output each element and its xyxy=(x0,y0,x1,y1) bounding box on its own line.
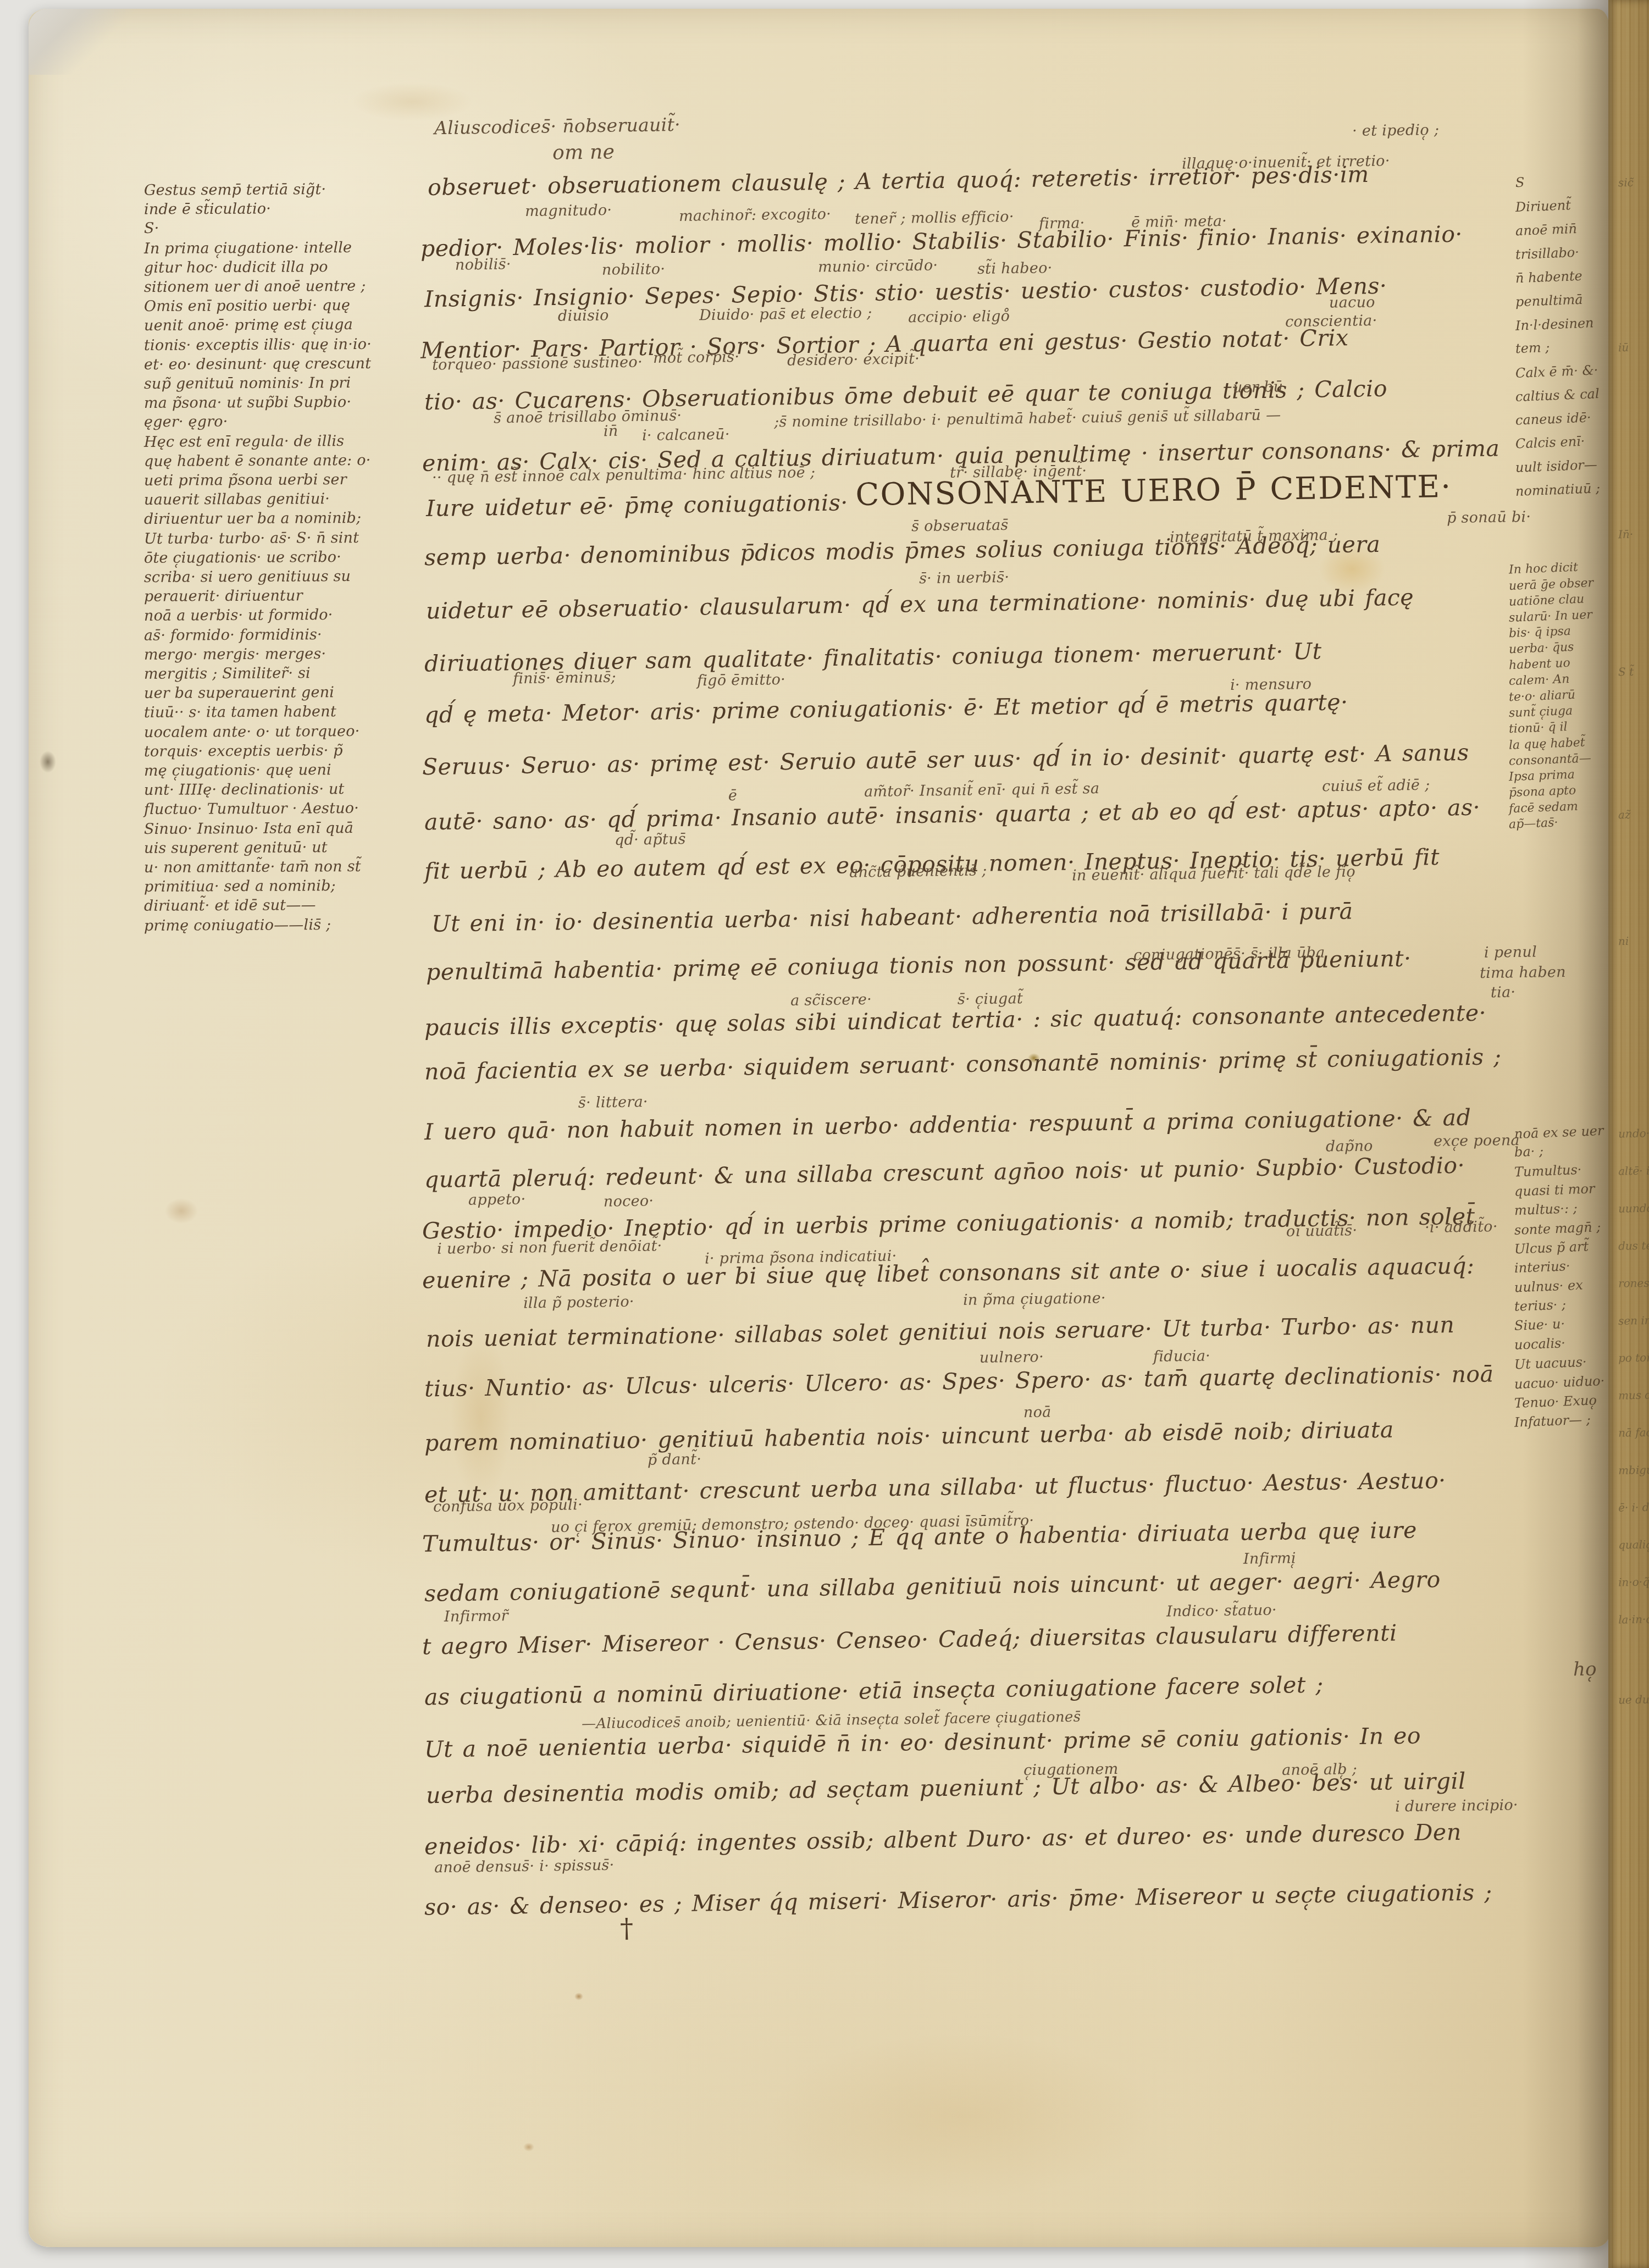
interlinear-gloss: fiducia· xyxy=(1153,1347,1211,1365)
interlinear-gloss: dap̃no xyxy=(1326,1137,1373,1155)
interlinear-gloss: s̄ anoē trisillabo ōminus̄· xyxy=(494,407,682,427)
left-gloss-line: ueti prima p̃sona uerbi ser xyxy=(144,471,347,489)
interlinear-gloss: c̜iugationem xyxy=(1023,1761,1119,1779)
interlinear-gloss: p̃ dant̃· xyxy=(648,1451,702,1468)
interlinear-gloss: s̄· c̜iugat̃ xyxy=(958,990,1023,1008)
interlinear-gloss: nobilito· xyxy=(602,261,666,279)
interlinear-gloss: diuisio xyxy=(558,307,609,324)
left-gloss-line: uer ba superauerint geni xyxy=(144,684,334,702)
interlinear-gloss: cuius̄ et̃ adiē ; xyxy=(1322,777,1430,795)
interlinear-gloss: in p̃ma c̜iugatione· xyxy=(963,1290,1106,1309)
fore-edge-text: la·in·o xyxy=(1618,1612,1649,1626)
left-gloss-line: uauerit sillabas genitiui· xyxy=(144,490,330,508)
interlinear-gloss: illaquę·o·inuenit̃· et irretio· xyxy=(1182,152,1390,172)
interlinear-gloss: machinor̃: excogito· xyxy=(679,206,831,225)
interlinear-gloss: desidero· excipit̃· xyxy=(787,350,920,369)
left-gloss-line: mergo· mergis· merges· xyxy=(144,645,326,663)
interlinear-gloss: Diuido· pas̄ et electio ; xyxy=(699,305,872,324)
left-gloss-line: mergitis ; Similiter̃· si xyxy=(144,665,311,683)
interlinear-gloss: tener̃ ; mollis efficio· xyxy=(855,208,1014,228)
interlinear-gloss: confusa uox populi· xyxy=(433,1496,583,1515)
interlinear-gloss: anc̃ta p̃uenientis̄ ; xyxy=(849,862,987,881)
interlinear-gloss: uulnero· xyxy=(980,1348,1044,1367)
interlinear-gloss: s̄ obseruatas̄ xyxy=(911,517,1009,535)
interlinear-gloss: Aliuscodices̄· n̄obseruauit̃· xyxy=(434,114,680,139)
interlinear-gloss: mot̃ corpis̄· xyxy=(653,349,740,367)
interlinear-gloss: i· prima p̃sona indicatiui· xyxy=(705,1248,897,1268)
interlinear-gloss: i durere incipio· xyxy=(1395,1796,1518,1815)
interlinear-gloss: om ne xyxy=(552,141,615,164)
left-gloss-line: sup̃ genituū nominis· In pri xyxy=(144,374,351,392)
interlinear-gloss: am̃tor̃· Insanit̃ enī· qui n̄ est̃ sa xyxy=(864,780,1100,800)
interlinear-gloss: s̄· in uerbis̄· xyxy=(919,569,1010,587)
interlinear-gloss: qd̃· ap̃tus̄ xyxy=(615,831,686,849)
fore-edge-text: iū xyxy=(1618,341,1629,354)
fore-edge-text: S t̃ xyxy=(1618,665,1634,678)
interlinear-gloss: figō ēmitto· xyxy=(697,671,786,689)
left-gloss-final-line: primę coniugatio——lis̄ ; xyxy=(144,916,331,934)
interlinear-gloss: noceo· xyxy=(604,1192,654,1210)
interlinear-gloss: coniugationēs̄· s̄· illa ūba xyxy=(1133,944,1325,964)
interlinear-gloss: oī uuat̃is̄· xyxy=(1286,1222,1358,1240)
fore-edge-text: uundo ; xyxy=(1618,1201,1649,1215)
fore-edge-text: qualia̜ xyxy=(1618,1537,1649,1551)
left-gloss-line: In prima c̜iugatione· intelle xyxy=(144,239,352,257)
main-text-line-text: Iure uidetur eē· p̄mę coniugationis· xyxy=(426,489,848,522)
left-gloss-line: Sinuo· Insinuo· Ista enī quā xyxy=(144,820,353,838)
left-gloss-line: unt· IIIIę· declinationis· ut xyxy=(144,781,345,799)
left-gloss-line: inde ē st̃iculatio· xyxy=(144,200,271,218)
parchment-corner-fold xyxy=(29,9,161,75)
left-gloss-line: noā a uerbis· ut formido· xyxy=(144,606,333,624)
interlinear-gloss: tr̃· sillabę· inḡent̃· xyxy=(950,462,1087,481)
left-gloss-line: S· xyxy=(144,220,159,237)
left-gloss-line: diriuant̃· et idē sut—— xyxy=(144,897,316,915)
fore-edge-text: ue du xyxy=(1618,1693,1649,1707)
interlinear-gloss: in̄ xyxy=(604,423,618,440)
interlinear-gloss: i· calcaneū· xyxy=(642,426,730,444)
left-gloss-line: mę c̜iugationis· quę ueni xyxy=(144,761,331,779)
interlinear-gloss: anoē densus̄· i· spissus̄· xyxy=(434,1857,615,1877)
left-gloss-line: et· eo· desinunt· quę crescunt xyxy=(144,355,371,373)
interlinear-gloss: p̄ sonaū bi· xyxy=(1447,508,1531,527)
interlinear-gloss: appeto· xyxy=(468,1191,526,1208)
left-gloss-line: ōte c̜iugationis· ue scribo· xyxy=(144,549,341,567)
left-gloss-line: ma p̃sona· ut sup̃bi Supbio· xyxy=(144,394,351,412)
interlinear-gloss: conscientia· xyxy=(1285,312,1377,330)
fore-edge-text: altē· i· xyxy=(1618,1164,1649,1177)
interlinear-gloss: s̄· littera· xyxy=(578,1093,648,1111)
interlinear-gloss: noā xyxy=(1023,1404,1052,1421)
fore-edge-text: undo· xyxy=(1618,1127,1649,1141)
left-gloss-line: primitiua· sed a nominib; xyxy=(144,877,336,895)
interlinear-gloss: torqueo· passionē sustineo· xyxy=(432,353,643,373)
left-gloss-line: scriba· si uero genitiuus su xyxy=(144,568,351,586)
left-gloss-line: as̄· formido· formidinis· xyxy=(144,626,322,644)
left-gloss-line: sitionem uer di anoē uentre ; xyxy=(144,278,366,296)
fore-edge-text: ē· i· debe xyxy=(1618,1500,1649,1514)
left-gloss-line: Omis enī positio uerbi· quę xyxy=(144,297,350,315)
left-gloss-line: u· non amittant̃e· tam̄ non st̃ xyxy=(144,858,361,876)
interlinear-gloss: ē xyxy=(728,787,738,804)
fore-edge-text: mbiguitas̄ xyxy=(1618,1463,1649,1477)
left-gloss-line: Gestus semp̄ tertiā sig̃t· xyxy=(144,181,326,199)
left-gloss-line: uenit anoē· primę est c̜iuga xyxy=(144,316,353,334)
interlinear-gloss: integritatū t̃ maxima ; xyxy=(1170,527,1338,546)
interlinear-gloss: anoē alb̜ ; xyxy=(1282,1761,1357,1779)
interlinear-gloss: Infirmi̜ xyxy=(1243,1550,1296,1567)
interlinear-gloss: i uerbo· si non fuerit̃ denōiat̃· xyxy=(437,1237,662,1258)
left-gloss-line: gitur hoc· dudicit illa po xyxy=(144,258,328,276)
interlinear-gloss: a sc̃iscere· xyxy=(790,991,872,1009)
interlinear-gloss: ·i· addit̃o· xyxy=(1425,1218,1498,1236)
interlinear-gloss: nobilis̄· xyxy=(455,256,511,273)
interlinear-gloss: tia· xyxy=(1491,984,1516,1002)
left-gloss-line: Hęc est enī regula· de illis xyxy=(144,433,345,451)
cross-mark: † xyxy=(620,1913,634,1944)
interlinear-gloss: munio· circūdo· xyxy=(818,257,938,275)
fore-edge-text: nā face̜ xyxy=(1618,1425,1649,1439)
fore-edge-text: In̄· xyxy=(1618,528,1634,541)
fore-edge-text: rones hē xyxy=(1618,1276,1649,1290)
heading-display-caps: CONSONANTE UERO P̄ CEDENTE· xyxy=(855,469,1452,513)
interlinear-gloss: uer bū xyxy=(1233,378,1283,396)
left-gloss-line: quę habent ē sonante ante: o· xyxy=(144,452,371,470)
interlinear-gloss: firma· xyxy=(1039,214,1085,232)
interlinear-gloss: Indico· st̃atuo· xyxy=(1166,1602,1277,1620)
left-gloss-line: ęger· ęgro· xyxy=(144,413,228,431)
left-gloss-line: tionis· exceptis illis· quę in·io· xyxy=(144,336,372,354)
fore-edge-text: mus dis̄ xyxy=(1618,1388,1649,1402)
left-gloss-line: perauerit· diriuentur xyxy=(144,587,303,605)
interlinear-gloss: Infirmor̃ xyxy=(444,1607,508,1625)
left-gloss-line: torquis· exceptis uerbis· p̃ xyxy=(144,742,343,760)
interlinear-gloss: · et ipedio̜ ; xyxy=(1352,121,1440,140)
fore-edge-text: sic̃ xyxy=(1618,176,1634,189)
interlinear-gloss: exc̜e poena xyxy=(1434,1132,1520,1150)
interlinear-gloss: magnitudo· xyxy=(525,202,612,220)
book-gutter-shadow xyxy=(1523,0,1622,2268)
left-gloss-line: tiuū·· s· ita tamen habent xyxy=(144,703,336,721)
left-gloss-line: Ut turba· turbo· as̄· S· n̄ sint xyxy=(144,529,359,547)
fore-edge-text: dus ter xyxy=(1618,1238,1649,1252)
fore-edge-text: in·o·q̃ xyxy=(1618,1575,1649,1589)
interlinear-gloss: finis̄· ēminus̄; xyxy=(513,669,616,688)
manuscript-photo: Gestus semp̄ tertiā sig̃t·inde ē st̃icul… xyxy=(0,0,1649,2268)
fore-edge-text: ni xyxy=(1618,934,1629,948)
fore-edge-text: az̃ xyxy=(1618,808,1631,821)
left-gloss-line: fluctuo· Tumultuor · Aestuo· xyxy=(144,800,359,818)
interlinear-gloss: accipio· eligo̊ xyxy=(908,308,1010,327)
left-gloss-line: uocalem ante· o· ut torqueo· xyxy=(144,723,360,741)
interlinear-gloss: i· mensuro xyxy=(1230,676,1312,694)
interlinear-gloss: uacuo xyxy=(1329,294,1375,311)
left-gloss-line: diriuentur uer ba a nominib; xyxy=(144,510,362,528)
interlinear-gloss: st̃i habeo· xyxy=(977,259,1053,278)
fore-edge-text: sen indic̜a xyxy=(1618,1313,1649,1327)
fore-edge-text: po tor̃ xyxy=(1618,1351,1649,1364)
interlinear-gloss: illa p̃ posterio· xyxy=(523,1293,634,1312)
interlinear-gloss: ē min̄· meta· xyxy=(1131,213,1227,231)
left-gloss-line: uis superent genituū· ut xyxy=(144,839,328,857)
